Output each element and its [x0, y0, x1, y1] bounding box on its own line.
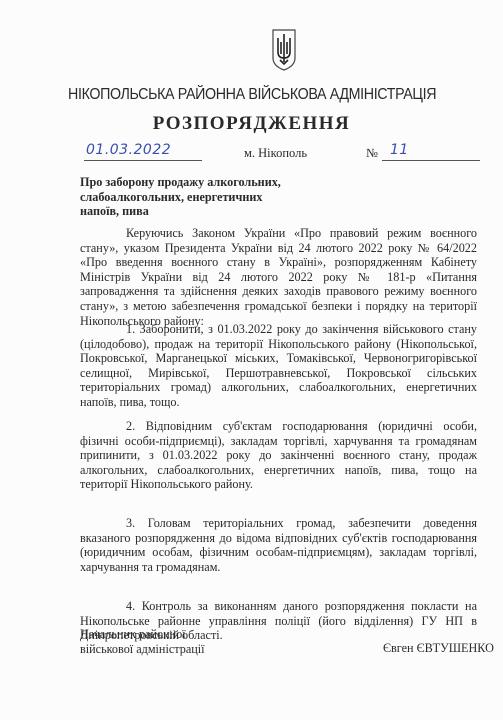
order-item-2: 2. Відповідним суб'єктам господарювання …	[80, 419, 477, 492]
position-line: Начальник районної	[80, 627, 205, 642]
city-label: м. Нікополь	[244, 146, 307, 161]
document-subject: Про заборону продажу алкогольних, слабоа…	[80, 175, 320, 219]
dateline: 01.03.2022 м. Нікополь № 11	[0, 143, 503, 165]
date-field: 01.03.2022	[84, 143, 202, 161]
position-line: військової адміністрації	[80, 642, 205, 657]
number-field: 11	[382, 143, 480, 161]
number-label: №	[366, 146, 378, 161]
order-item-3: 3. Головам територіальних громад, забезп…	[80, 516, 477, 574]
document-type-title: РОЗПОРЯДЖЕННЯ	[0, 113, 503, 135]
signatory-position: Начальник районної військової адміністра…	[80, 627, 205, 656]
preamble-paragraph: Керуючись Законом України «Про правовий …	[80, 226, 477, 328]
subject-line: Про заборону продажу алкогольних,	[80, 175, 320, 190]
subject-line: слабоалкогольних, енергетичних	[80, 190, 320, 205]
order-item-1: 1. Заборонити, з 01.03.2022 року до закі…	[80, 322, 477, 410]
subject-line: напоїв, пива	[80, 204, 320, 219]
document-page: НІКОПОЛЬСЬКА РАЙОННА ВІЙСЬКОВА АДМІНІСТР…	[0, 0, 503, 720]
handwritten-date: 01.03.2022	[86, 142, 171, 158]
trident-coat-of-arms-icon	[271, 28, 297, 72]
signatory-name: Євген ЄВТУШЕНКО	[383, 641, 494, 656]
handwritten-number: 11	[390, 142, 409, 158]
organization-name: НІКОПОЛЬСЬКА РАЙОННА ВІЙСЬКОВА АДМІНІСТР…	[21, 86, 484, 104]
